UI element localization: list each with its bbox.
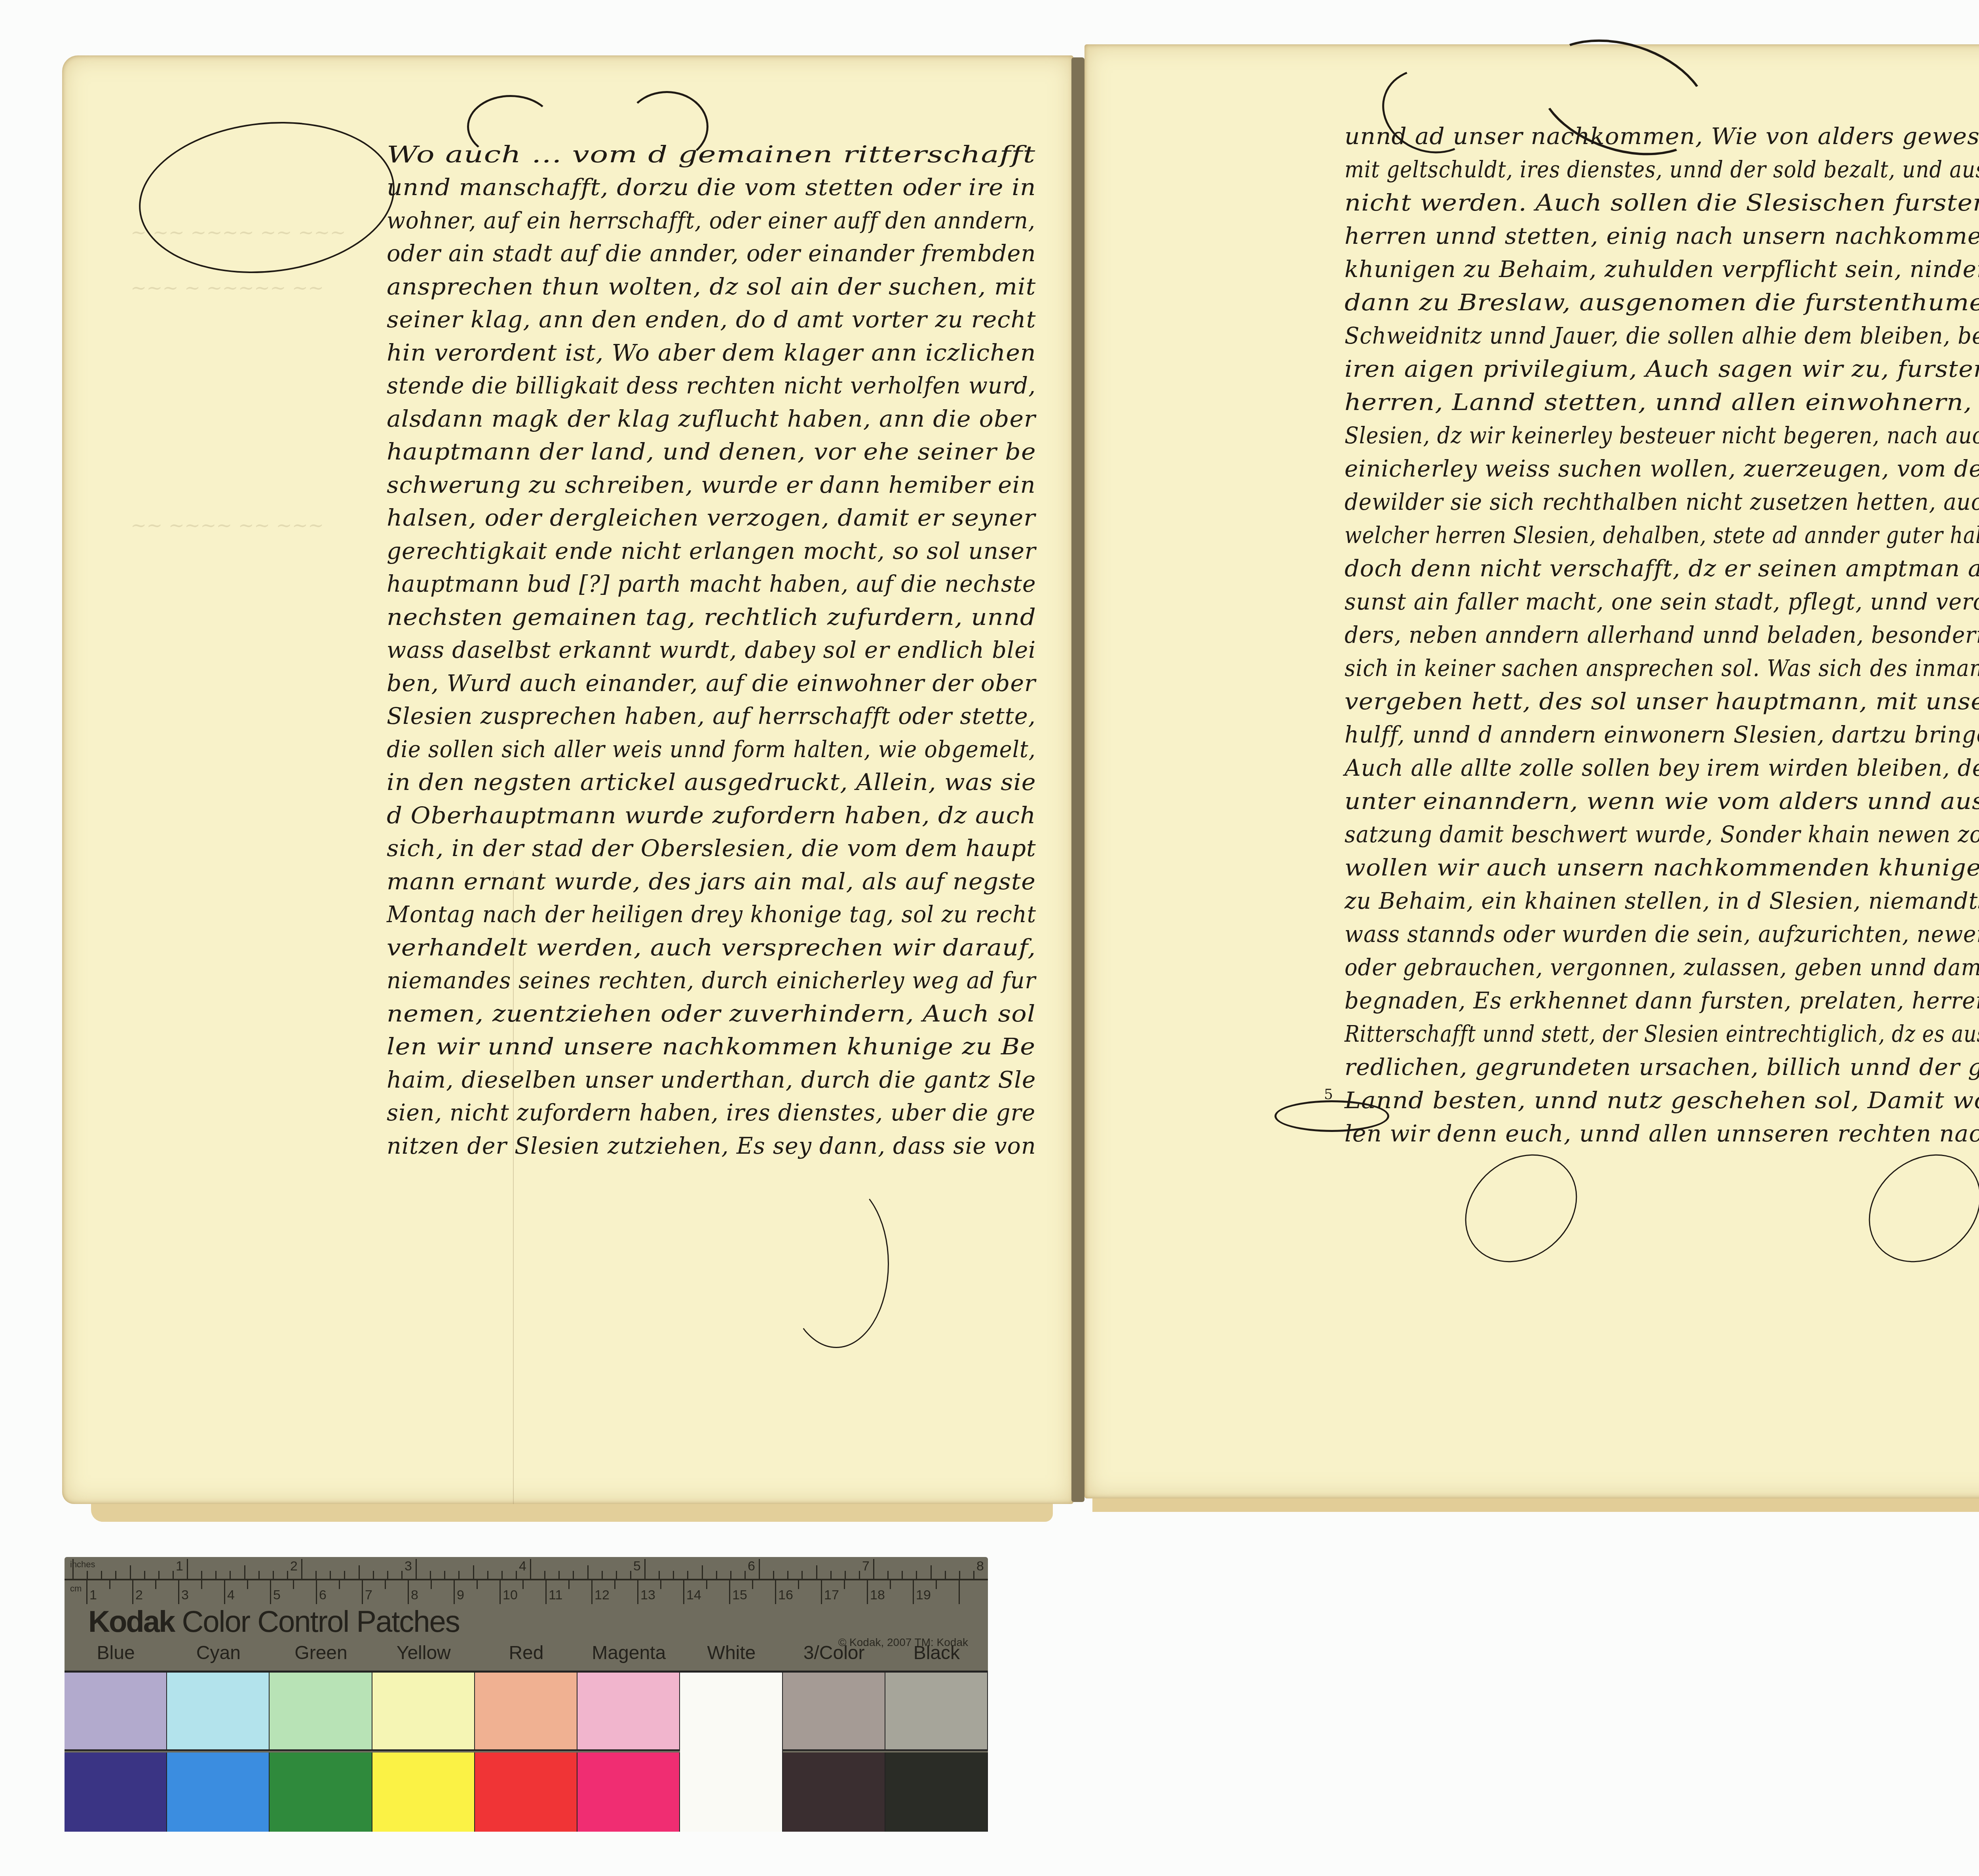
color-patches	[65, 1671, 988, 1834]
manuscript-line: Slesien, dz wir keinerley besteuer nicht…	[1345, 423, 1979, 447]
ruler-tick	[373, 1571, 374, 1579]
manuscript-line: welcher herren Slesien, dehalben, stete …	[1345, 523, 1979, 547]
ruler-tick	[516, 1571, 517, 1579]
cm-mark-label: 18	[870, 1587, 885, 1603]
ruler-tick	[244, 1565, 245, 1579]
manuscript-line: haim, dieselben unser underthan, durch d…	[387, 1068, 1036, 1092]
ruler-tick	[616, 1571, 617, 1579]
ruler-tick	[315, 1571, 317, 1579]
ruler-tick	[454, 1580, 455, 1604]
manuscript-line: d Oberhauptmann wurde zufordern haben, d…	[387, 803, 1036, 827]
manuscript-line: nitzen der Slesien zutziehen, Es sey dan…	[387, 1134, 1036, 1158]
manuscript-line: iren aigen privilegium, Auch sagen wir z…	[1345, 357, 1979, 381]
card-title: Kodak Color Control Patches	[88, 1604, 460, 1639]
patch-label-blue: Blue	[65, 1642, 167, 1664]
inch-ruler: inches 12345678	[65, 1557, 988, 1580]
ruler-tick	[729, 1580, 730, 1604]
cm-mark-label: 15	[732, 1587, 747, 1603]
patch-label-yellow: Yellow	[372, 1642, 475, 1664]
ruler-tick	[109, 1580, 110, 1589]
manuscript-line: hin verordent ist, Wo aber dem klager an…	[387, 341, 1036, 365]
ruler-tick	[752, 1580, 753, 1589]
ruler-tick	[178, 1580, 179, 1604]
ruler-tick	[144, 1571, 145, 1579]
cm-mark-label: 16	[778, 1587, 793, 1603]
ruler-tick	[568, 1580, 570, 1589]
manuscript-line: ansprechen thun wolten, dz sol ain der s…	[387, 275, 1036, 298]
ruler-tick	[87, 1571, 88, 1579]
cm-mark-label: 2	[135, 1587, 143, 1603]
inch-mark-label: 3	[405, 1559, 412, 1574]
bleed-through-text: ~~ ~~~~ ~~ ~~~	[131, 515, 324, 537]
ruler-tick	[890, 1580, 891, 1589]
ruler-tick	[573, 1571, 574, 1579]
inch-mark-label: 1	[176, 1559, 183, 1574]
ruler-tick	[155, 1580, 156, 1589]
ruler-tick	[545, 1580, 547, 1604]
color-patch-blue-dark	[65, 1753, 167, 1832]
ruler-tick	[936, 1580, 937, 1589]
color-patch-cyan-dark	[167, 1753, 270, 1832]
ruler-tick	[359, 1565, 360, 1579]
ruler-tick	[637, 1580, 638, 1604]
color-patch-3-color-light	[783, 1673, 885, 1751]
ruler-tick	[973, 1571, 974, 1579]
manuscript-line: niemandes seines rechten, durch einicher…	[387, 968, 1036, 992]
patch-label-3-color: 3/Color	[783, 1642, 885, 1664]
color-patch-black-dark	[885, 1753, 988, 1832]
ruler-tick	[644, 1559, 646, 1579]
ruler-tick	[247, 1580, 248, 1589]
margin-note: 5	[1324, 1086, 1333, 1103]
ruler-tick	[273, 1571, 274, 1579]
cm-mark-label: 5	[273, 1587, 281, 1603]
ruler-tick	[301, 1559, 302, 1579]
manuscript-line: zu Behaim, ein khainen stellen, in d Sle…	[1345, 889, 1979, 913]
ruler-tick	[530, 1559, 531, 1579]
manuscript-line: dann zu Breslaw, ausgenomen die furstent…	[1345, 291, 1979, 314]
color-patch-white	[680, 1673, 782, 1832]
ruler-tick	[959, 1580, 960, 1604]
ruler-tick	[132, 1580, 133, 1604]
color-patch-yellow-light	[372, 1673, 475, 1751]
manuscript-line: unter einanndern, wenn wie vom alders un…	[1345, 789, 1979, 813]
manuscript-line: doch denn nicht verschafft, dz er seinen…	[1345, 556, 1979, 580]
manuscript-line: stende die billigkait dess rechten nicht…	[387, 374, 1036, 397]
manuscript-line: len wir denn euch, unnd allen unnseren r…	[1345, 1122, 1979, 1145]
ruler-tick	[215, 1571, 217, 1579]
manuscript-line: sien, nicht zufordern haben, ires dienst…	[387, 1101, 1035, 1124]
cm-mark-label: 9	[457, 1587, 464, 1603]
ruler-tick	[408, 1580, 409, 1604]
ruler-tick	[591, 1580, 593, 1604]
color-patch-green-dark	[270, 1753, 372, 1832]
manuscript-line: sunst ain faller macht, one sein stadt, …	[1345, 590, 1979, 613]
ruler-tick	[916, 1571, 917, 1579]
ruler-tick	[673, 1571, 674, 1579]
manuscript-line: schwerung zu schreiben, wurde er dann he…	[387, 473, 1036, 497]
patch-label-cyan: Cyan	[167, 1642, 270, 1664]
inch-mark-label: 4	[519, 1559, 526, 1574]
manuscript-line: satzung damit beschwert wurde, Sonder kh…	[1345, 822, 1979, 846]
color-patch-green-light	[270, 1673, 372, 1751]
color-patch-cyan-light	[167, 1673, 270, 1751]
ruler-tick	[775, 1580, 776, 1604]
ruler-tick	[444, 1571, 445, 1579]
manuscript-line: Montag nach der heiligen drey khonige ta…	[387, 902, 1036, 926]
ruler-tick	[387, 1571, 388, 1579]
patch-label-magenta: Magenta	[577, 1642, 680, 1664]
manuscript-line: nemen, zuentziehen oder zuverhindern, Au…	[387, 1002, 1035, 1025]
manuscript-line: unnd manschafft, dorzu die vom stetten o…	[387, 175, 1036, 199]
ruler-unit-label: cm	[70, 1584, 82, 1594]
patch-label-black: Black	[885, 1642, 988, 1664]
ruler-tick	[931, 1565, 932, 1579]
patch-label-white: White	[680, 1642, 782, 1664]
color-patch-red-light	[475, 1673, 577, 1751]
color-patch-yellow-dark	[372, 1753, 475, 1832]
manuscript-line: verhandelt werden, auch versprechen wir …	[387, 936, 1036, 959]
ruler-tick	[787, 1571, 788, 1579]
ruler-tick	[293, 1580, 294, 1589]
cm-mark-label: 8	[411, 1587, 418, 1603]
manuscript-line: seiner klag, ann den enden, do d amt vor…	[387, 308, 1036, 331]
inch-mark-label: 2	[290, 1559, 298, 1574]
ruler-tick	[659, 1571, 660, 1579]
manuscript-line: nechsten gemainen tag, rechtlich zufurde…	[387, 605, 1036, 629]
ruler-tick	[859, 1571, 860, 1579]
card-title-text: Color Control Patches	[182, 1605, 459, 1639]
ruler-tick	[430, 1571, 431, 1579]
cm-mark-label: 11	[549, 1587, 562, 1603]
manuscript-line: gerechtigkait ende nicht erlangen mocht,…	[387, 539, 1036, 563]
ruler-tick	[522, 1580, 524, 1589]
ruler-tick	[201, 1580, 202, 1589]
manuscript-line: herren, Lannd stetten, unnd allen einwoh…	[1345, 390, 1979, 414]
ruler-tick	[344, 1571, 345, 1579]
ruler-tick	[913, 1580, 914, 1604]
ruler-tick	[798, 1580, 799, 1589]
manuscript-line: sich in keiner sachen ansprechen sol. Wa…	[1345, 656, 1979, 680]
cm-ruler: cm 12345678910111213141516171819	[65, 1580, 988, 1608]
ruler-tick	[602, 1571, 603, 1579]
ruler-tick	[716, 1571, 717, 1579]
ruler-tick	[287, 1571, 288, 1579]
ruler-tick	[224, 1580, 225, 1604]
cm-mark-label: 19	[916, 1587, 931, 1603]
manuscript-line: wass stannds oder wurden die sein, aufzu…	[1345, 922, 1979, 946]
ruler-tick	[614, 1580, 615, 1589]
patch-label-green: Green	[270, 1642, 372, 1664]
cm-mark-label: 6	[319, 1587, 327, 1603]
color-patch-3-color-dark	[783, 1753, 885, 1832]
manuscript-line: in den negsten artickel ausgedruckt, All…	[387, 770, 1036, 794]
manuscript-line: Auch alle allte zolle sollen bey irem wi…	[1345, 756, 1979, 780]
manuscript-line: unnd ad unser nachkommen, Wie von alders…	[1345, 124, 1979, 148]
ruler-tick	[431, 1580, 432, 1589]
ruler-tick	[158, 1571, 160, 1579]
ruler-tick	[201, 1571, 202, 1579]
ruler-unit-label: inches	[70, 1559, 95, 1570]
ruler-tick	[821, 1580, 822, 1604]
manuscript-line: einicherley weiss suchen wollen, zuerzeu…	[1345, 457, 1979, 480]
patch-label-red: Red	[475, 1642, 577, 1664]
manuscript-line: Ritterschafft unnd stett, der Slesien ei…	[1345, 1022, 1979, 1046]
ruler-tick	[687, 1571, 688, 1579]
manuscript-line: oder gebrauchen, vergonnen, zulassen, ge…	[1345, 955, 1979, 979]
ruler-tick	[362, 1580, 363, 1604]
manuscript-line: Slesien zusprechen haben, auf herrschaff…	[387, 704, 1036, 728]
ruler-tick	[258, 1571, 260, 1579]
ruler-tick	[587, 1565, 589, 1579]
ruler-tick	[115, 1571, 116, 1579]
ruler-tick	[339, 1580, 340, 1589]
ruler-tick	[660, 1580, 661, 1589]
manuscript-line: khunigen zu Behaim, zuhulden verpflicht …	[1345, 257, 1979, 281]
ruler-tick	[487, 1571, 488, 1579]
kodak-color-control-card: inches 12345678 cm 123456789101112131415…	[65, 1557, 988, 1832]
cm-mark-label: 4	[227, 1587, 235, 1603]
manuscript-line: die sollen sich aller weis unnd form hal…	[387, 737, 1036, 761]
cm-mark-label: 1	[89, 1587, 97, 1603]
inch-mark-label: 7	[862, 1559, 870, 1574]
ruler-tick	[173, 1571, 174, 1579]
ruler-tick	[130, 1565, 131, 1579]
ruler-tick	[945, 1571, 946, 1579]
manuscript-line: dewilder sie sich rechthalben nicht zuse…	[1345, 490, 1979, 514]
ruler-tick	[845, 1571, 846, 1579]
manuscript-line: hauptmann bud [?] parth macht haben, auf…	[387, 572, 1036, 596]
manuscript-line: hauptmann der land, und denen, vor ehe s…	[387, 440, 1036, 463]
descender-flourish-icon	[784, 1179, 889, 1348]
ruler-tick	[72, 1559, 74, 1579]
cm-mark-label: 14	[686, 1587, 701, 1603]
ruler-tick	[473, 1565, 474, 1579]
ruler-tick	[544, 1571, 545, 1579]
ruler-tick	[887, 1571, 889, 1579]
inch-mark-label: 6	[748, 1559, 755, 1574]
manuscript-line: alsdann magk der klag zuflucht haben, an…	[387, 407, 1036, 431]
ruler-tick	[730, 1571, 731, 1579]
ruler-tick	[458, 1571, 460, 1579]
ruler-tick	[501, 1571, 503, 1579]
cm-mark-label: 13	[640, 1587, 655, 1603]
manuscript-line: Lannd besten, unnd nutz geschehen sol, D…	[1345, 1088, 1979, 1112]
ruler-tick	[844, 1580, 845, 1589]
manuscript-line: len wir unnd unsere nachkommen khunige z…	[387, 1035, 1035, 1058]
ruler-tick	[270, 1580, 271, 1604]
ruler-tick	[230, 1571, 231, 1579]
ruler-tick	[867, 1580, 868, 1604]
ruler-tick	[702, 1565, 703, 1579]
ruler-tick	[683, 1580, 684, 1604]
manuscript-line: hulff, unnd d anndern einwonern Slesien,…	[1345, 723, 1979, 746]
manuscript-line: Schweidnitz unnd Jauer, die sollen alhie…	[1345, 324, 1979, 347]
cm-mark-label: 12	[594, 1587, 610, 1603]
ruler-tick	[416, 1559, 417, 1579]
manuscript-line: mann ernant wurde, des jars ain mal, als…	[387, 870, 1036, 893]
manuscript-line: mit geltschuldt, ires dienstes, unnd der…	[1345, 158, 1979, 181]
manuscript-line: begnaden, Es erkhennet dann fursten, pre…	[1345, 989, 1979, 1012]
ruler-tick	[330, 1571, 331, 1579]
patch-labels: BlueCyanGreenYellowRedMagentaWhite3/Colo…	[65, 1642, 988, 1666]
ruler-tick	[773, 1571, 774, 1579]
paper-crease	[513, 871, 514, 1504]
ruler-tick	[706, 1580, 707, 1589]
manuscript-line: ders, neben anndern allerhand unnd belad…	[1345, 623, 1979, 647]
ruler-tick	[744, 1571, 746, 1579]
cm-mark-label: 17	[824, 1587, 839, 1603]
color-patch-red-dark	[475, 1753, 577, 1832]
ruler-tick	[759, 1559, 760, 1579]
manuscript-line: sich, in der stad der Oberslesien, die v…	[387, 836, 1036, 860]
color-patch-blue-light	[65, 1673, 167, 1751]
ruler-tick	[558, 1571, 560, 1579]
manuscript-line: halsen, oder dergleichen verzogen, damit…	[387, 506, 1035, 530]
ruler-tick	[86, 1580, 87, 1604]
inch-mark-label: 5	[633, 1559, 641, 1574]
manuscript-line: Wo auch ... vom d gemainen ritterschafft	[387, 142, 1036, 166]
book-gutter	[1071, 57, 1084, 1502]
color-patch-magenta-light	[577, 1673, 680, 1751]
manuscript-line: wass daselbst erkannt wurdt, dabey sol e…	[387, 638, 1036, 662]
color-patch-black-light	[885, 1673, 988, 1751]
cm-mark-label: 10	[503, 1587, 518, 1603]
ruler-tick	[401, 1571, 403, 1579]
ruler-tick	[816, 1565, 817, 1579]
manuscript-line: oder ain stadt auf die annder, oder eina…	[387, 241, 1036, 265]
manuscript-line: herren unnd stetten, einig nach unsern n…	[1345, 224, 1979, 248]
ruler-tick	[187, 1559, 188, 1579]
ruler-tick	[499, 1580, 501, 1604]
manuscript-line: wollen wir auch unsern nachkommenden khu…	[1345, 856, 1979, 879]
ruler-tick	[902, 1571, 903, 1579]
ruler-tick	[477, 1580, 478, 1589]
manuscript-line: vergeben hett, des sol unser hauptmann, …	[1345, 689, 1979, 713]
ruler-tick	[101, 1571, 102, 1579]
ruler-tick	[959, 1571, 960, 1579]
manuscript-line: nicht werden. Auch sollen die Slesischen…	[1345, 191, 1979, 215]
manuscript-line: ben, Wurd auch einander, auf die einwohn…	[387, 671, 1036, 695]
inch-mark-label: 8	[976, 1559, 984, 1574]
cm-mark-label: 3	[181, 1587, 189, 1603]
manuscript-line: redlichen, gegrundeten ursachen, billich…	[1345, 1055, 1979, 1079]
ruler-tick	[830, 1571, 832, 1579]
bleed-through-text: ~~~ ~ ~~~~~ ~~	[131, 277, 324, 299]
color-patch-magenta-dark	[577, 1753, 680, 1832]
kodak-logo: Kodak	[88, 1605, 174, 1639]
ruler-tick	[316, 1580, 317, 1604]
ruler-tick	[801, 1571, 803, 1579]
manuscript-line: wohner, auf ein herrschafft, oder einer …	[387, 209, 1035, 232]
ruler-tick	[873, 1559, 874, 1579]
ruler-tick	[630, 1571, 631, 1579]
ruler-tick	[385, 1580, 386, 1589]
cm-mark-label: 7	[365, 1587, 372, 1603]
